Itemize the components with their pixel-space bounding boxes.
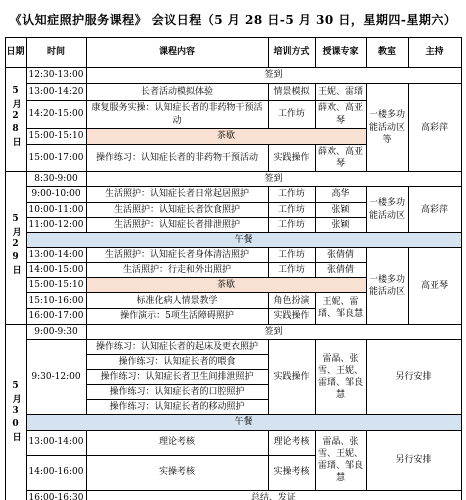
table-row: 16:00-16:30 总结、发证 — [5, 490, 461, 500]
method-cell: 实践操作 — [268, 309, 315, 324]
table-row: 午餐 — [5, 415, 461, 430]
expert-cell: 张颖 — [315, 202, 366, 217]
room-cell: 一楼多功能活动区 — [366, 187, 408, 232]
course-cell: 生活照护：行走和外出照护 — [86, 263, 268, 278]
time-cell: 10:00-11:00 — [26, 202, 86, 217]
expert-cell: 雷晶、张雪、王妮、雷瑨、邹良慧 — [315, 430, 366, 490]
method-cell: 工作坊 — [268, 247, 315, 262]
method-cell: 工作坊 — [268, 202, 315, 217]
course-cell: 操作练习：认知症长者的喂食 — [86, 354, 268, 369]
date-cell-may30: 5月30日 — [5, 324, 26, 500]
time-cell: 12:30-13:00 — [26, 68, 86, 84]
schedule-table: 日期 时间 课程内容 培训方式 授课专家 教室 主持 5月28日 12:30-1… — [5, 37, 462, 500]
table-row: 13:00-14:00 生活照护：认知症长者身体清洁照护 工作坊 张倩倩 一楼多… — [5, 247, 461, 262]
time-cell: 15:00-15:10 — [26, 129, 86, 145]
expert-cell: 高华 — [315, 187, 366, 202]
course-cell: 生活照护：认知症长者身体清洁照护 — [86, 247, 268, 262]
time-cell: 14:00-16:00 — [26, 455, 86, 490]
table-row: 9:00-10:00 生活照护：认知症长者日常起居照护 工作坊 高华 一楼多功能… — [5, 187, 461, 202]
method-cell: 理论考核 — [268, 430, 315, 455]
room-cell: 一楼多功能活动区 — [366, 247, 408, 324]
table-row: 5月29日 8:30-9:00 签到 — [5, 172, 461, 187]
course-cell: 操作练习：认知症长者的口腔照护 — [86, 385, 268, 400]
table-row: 午餐 — [5, 232, 461, 247]
date-cell-may29: 5月29日 — [5, 172, 26, 324]
header-content: 课程内容 — [86, 38, 268, 68]
signin-cell: 签到 — [86, 68, 461, 84]
time-cell: 13:00-14:00 — [26, 430, 86, 455]
method-cell: 实践操作 — [268, 339, 315, 415]
time-cell: 16:00-16:30 — [26, 490, 86, 500]
table-row: 5月28日 12:30-13:00 签到 — [5, 68, 461, 84]
signin-cell: 签到 — [86, 172, 461, 187]
course-cell: 操作练习：认知症长者卫生间排泄照护 — [86, 369, 268, 384]
table-row: 9:30-12:00 操作练习：认知症长者的起床及更衣照护 实践操作 雷晶、张雪… — [5, 339, 461, 354]
header-time: 时间 — [26, 38, 86, 68]
tea-break-cell: 茶歇 — [86, 129, 366, 145]
expert-cell: 王妮、雷瑨 — [315, 84, 366, 101]
host-cell: 高彩萍 — [408, 187, 461, 232]
course-cell: 操作练习：认知症长者的移动照护 — [86, 400, 268, 415]
time-cell: 14:00-15:00 — [26, 263, 86, 278]
course-cell: 生活照护：认知症长者饮食照护 — [86, 202, 268, 217]
host-cell: 高亚琴 — [408, 247, 461, 324]
table-row: 5月30日 9:00-9:30 签到 — [5, 324, 461, 339]
course-cell: 理论考核 — [86, 430, 268, 455]
table-row: 13:00-14:00 理论考核 理论考核 雷晶、张雪、王妮、雷瑨、邹良慧 另行… — [5, 430, 461, 455]
header-room: 教室 — [366, 38, 408, 68]
time-cell: 9:30-12:00 — [26, 339, 86, 415]
tea-break-cell: 茶歇 — [86, 278, 366, 293]
time-cell: 9:00-9:30 — [26, 324, 86, 339]
course-cell: 操作练习：认知症长者的起床及更衣照护 — [86, 339, 268, 354]
method-cell: 工作坊 — [268, 187, 315, 202]
arrange-cell: 另行安排 — [366, 430, 461, 490]
host-cell: 高彩萍 — [408, 84, 461, 172]
course-cell: 操作练习：认知症长者的非药物干预活动 — [86, 145, 268, 172]
header-date: 日期 — [5, 38, 26, 68]
expert-cell: 张颖 — [315, 217, 366, 232]
header-row: 日期 时间 课程内容 培训方式 授课专家 教室 主持 — [5, 38, 461, 68]
time-cell: 15:10-16:00 — [26, 293, 86, 309]
course-cell: 长者活动模拟体验 — [86, 84, 268, 101]
method-cell: 工作坊 — [268, 263, 315, 278]
table-row: 13:00-14:20 长者活动模拟体验 情景模拟 王妮、雷瑨 一楼多功能活动区… — [5, 84, 461, 101]
time-cell: 16:00-17:00 — [26, 309, 86, 324]
course-cell: 生活照护：认知症长者日常起居照护 — [86, 187, 268, 202]
method-cell: 工作坊 — [268, 101, 315, 129]
time-cell: 9:00-10:00 — [26, 187, 86, 202]
time-cell: 15:00-15:10 — [26, 278, 86, 293]
date-label: 5月29日 — [9, 214, 21, 277]
room-cell: 一楼多功能活动区等 — [366, 84, 408, 172]
time-cell: 8:30-9:00 — [26, 172, 86, 187]
summary-cell: 总结、发证 — [86, 490, 461, 500]
arrange-cell: 另行安排 — [366, 339, 461, 415]
date-cell-may28: 5月28日 — [5, 68, 26, 172]
time-cell: 15:00-17:00 — [26, 145, 86, 172]
expert-cell: 张倩倩 — [315, 263, 366, 278]
date-label: 5月30日 — [9, 381, 21, 444]
header-method: 培训方式 — [268, 38, 315, 68]
course-cell: 操作演示：5项生活障碍照护 — [86, 309, 268, 324]
method-cell: 情景模拟 — [268, 84, 315, 101]
course-cell: 实操考核 — [86, 455, 268, 490]
time-cell: 13:00-14:20 — [26, 84, 86, 101]
method-cell: 工作坊 — [268, 217, 315, 232]
date-label: 5月28日 — [9, 86, 21, 149]
expert-cell: 雷晶、张雪、王妮、雷瑨、邹良慧 — [315, 339, 366, 415]
time-cell: 11:00-12:00 — [26, 217, 86, 232]
header-expert: 授课专家 — [315, 38, 366, 68]
expert-cell: 王妮、雷瑨、邹良慧 — [315, 293, 366, 324]
time-cell: 14:20-15:00 — [26, 101, 86, 129]
lunch-cell: 午餐 — [26, 415, 461, 430]
expert-cell: 张倩倩 — [315, 247, 366, 262]
course-cell: 标准化病人情景教学 — [86, 293, 268, 309]
expert-cell: 薛欢、高亚琴 — [315, 101, 366, 129]
schedule-title: 《认知症照护服务课程》 会议日程（5 月 28 日-5 月 30 日，星期四-星… — [0, 0, 466, 28]
method-cell: 实操考核 — [268, 455, 315, 490]
signin-cell: 签到 — [86, 324, 461, 339]
lunch-cell: 午餐 — [26, 232, 461, 247]
method-cell: 角色扮演 — [268, 293, 315, 309]
course-cell: 康复服务实操：认知症长者的非药物干预活动 — [86, 101, 268, 129]
header-host: 主持 — [408, 38, 461, 68]
course-cell: 生活照护：认知症长者排泄照护 — [86, 217, 268, 232]
time-cell: 13:00-14:00 — [26, 247, 86, 262]
method-cell: 实践操作 — [268, 145, 315, 172]
expert-cell: 薛欢、高亚琴 — [315, 145, 366, 172]
